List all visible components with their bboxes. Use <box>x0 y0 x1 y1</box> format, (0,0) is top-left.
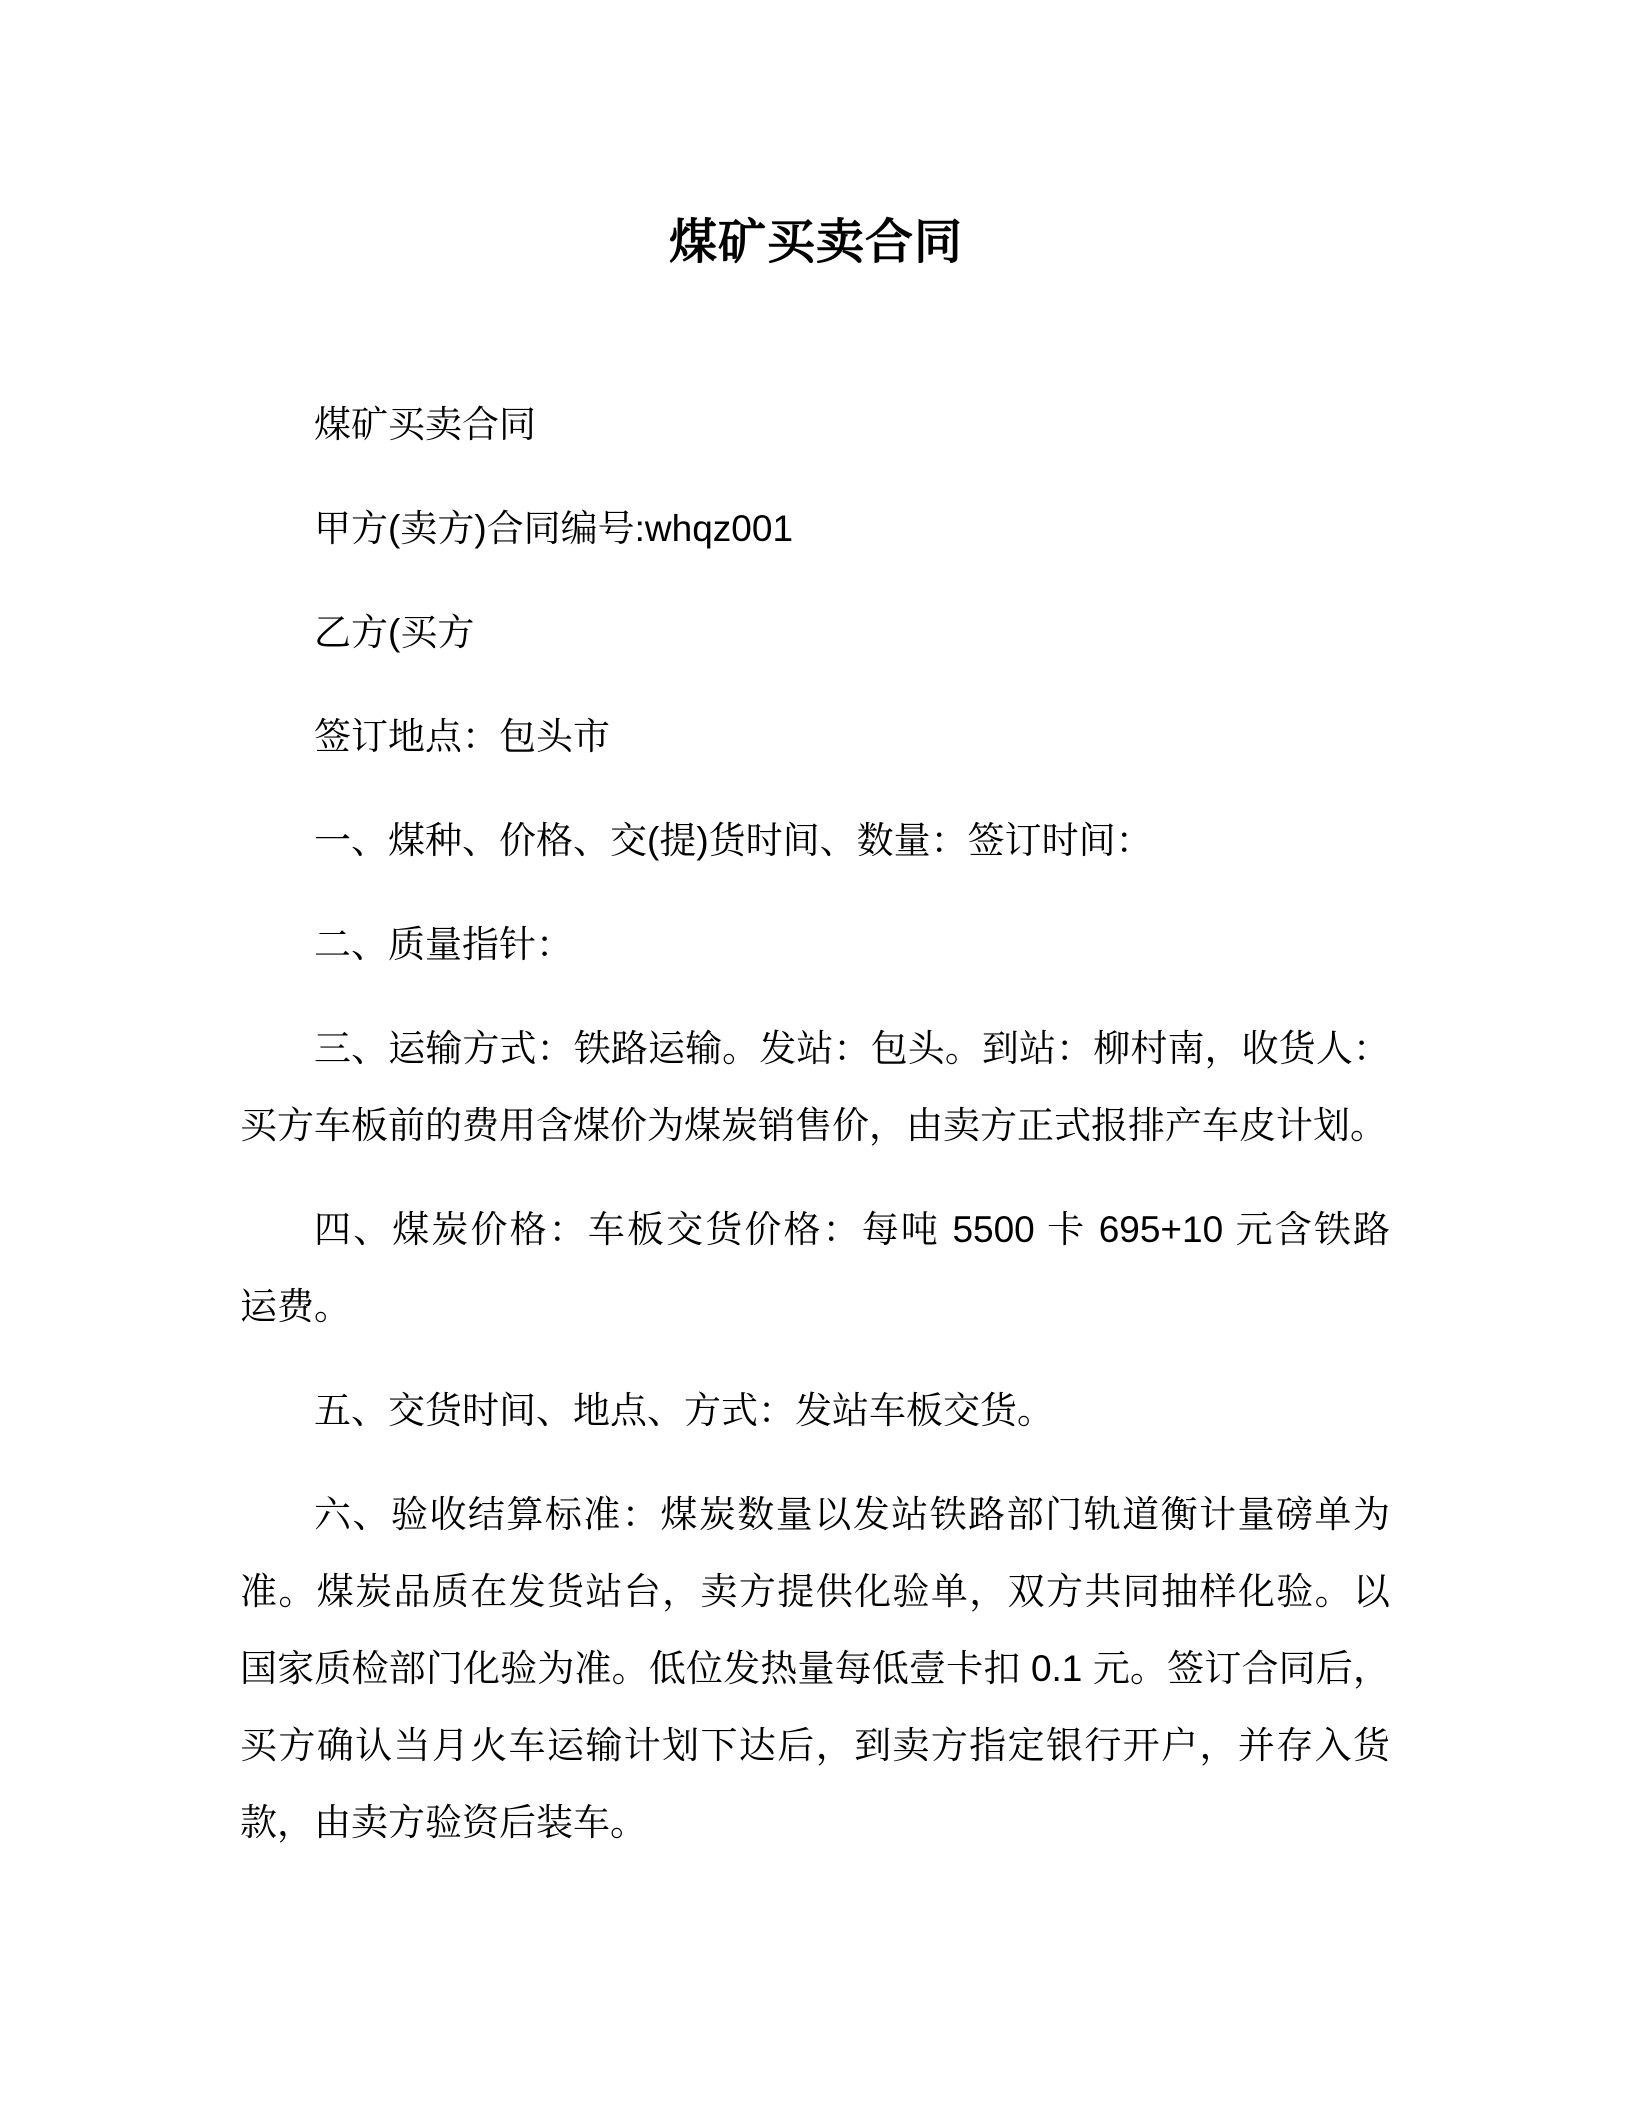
document-body: 煤矿买卖合同甲方(卖方)合同编号:whqz001乙方(买方签订地点：包头市一、煤… <box>240 386 1390 1888</box>
paragraph-line: 三、运输方式：铁路运输。发站：包头。到站：柳村南，收货人： <box>240 1010 1390 1087</box>
paragraph: 五、交货时间、地点、方式：发站车板交货。 <box>240 1372 1390 1449</box>
paragraph: 六、验收结算标准：煤炭数量以发站铁路部门轨道衡计量磅单为准。煤炭品质在发货站台，… <box>240 1476 1390 1861</box>
paragraph-line: 签订地点：包头市 <box>240 698 1390 775</box>
paragraph: 二、质量指针： <box>240 906 1390 983</box>
paragraph-line: 甲方(卖方)合同编号:whqz001 <box>240 490 1390 567</box>
paragraph: 煤矿买卖合同 <box>240 386 1390 463</box>
paragraph: 乙方(买方 <box>240 594 1390 671</box>
paragraph: 四、煤炭价格：车板交货价格：每吨 5500 卡 695+10 元含铁路运费。 <box>240 1191 1390 1345</box>
paragraph-line: 准。煤炭品质在发货站台，卖方提供化验单，双方共同抽样化验。以 <box>240 1553 1390 1630</box>
paragraph-line: 买方确认当月火车运输计划下达后，到卖方指定银行开户，并存入货 <box>240 1707 1390 1784</box>
paragraph-line: 四、煤炭价格：车板交货价格：每吨 5500 卡 695+10 元含铁路 <box>240 1191 1390 1268</box>
document-page: 煤矿买卖合同 煤矿买卖合同甲方(卖方)合同编号:whqz001乙方(买方签订地点… <box>0 0 1632 2112</box>
paragraph-line: 国家质检部门化验为准。低位发热量每低壹卡扣 0.1 元。签订合同后， <box>240 1630 1390 1707</box>
paragraph-line: 乙方(买方 <box>240 594 1390 671</box>
paragraph: 一、煤种、价格、交(提)货时间、数量：签订时间： <box>240 802 1390 879</box>
paragraph-line: 五、交货时间、地点、方式：发站车板交货。 <box>240 1372 1390 1449</box>
paragraph-line: 运费。 <box>240 1268 1390 1345</box>
paragraph: 甲方(卖方)合同编号:whqz001 <box>240 490 1390 567</box>
paragraph-line: 一、煤种、价格、交(提)货时间、数量：签订时间： <box>240 802 1390 879</box>
document-title: 煤矿买卖合同 <box>0 0 1632 274</box>
paragraph: 签订地点：包头市 <box>240 698 1390 775</box>
paragraph-line: 煤矿买卖合同 <box>240 386 1390 463</box>
paragraph: 三、运输方式：铁路运输。发站：包头。到站：柳村南，收货人：买方车板前的费用含煤价… <box>240 1010 1390 1164</box>
paragraph-line: 二、质量指针： <box>240 906 1390 983</box>
paragraph-line: 六、验收结算标准：煤炭数量以发站铁路部门轨道衡计量磅单为 <box>240 1476 1390 1553</box>
paragraph-line: 买方车板前的费用含煤价为煤炭销售价，由卖方正式报排产车皮计划。 <box>240 1087 1390 1164</box>
paragraph-line: 款，由卖方验资后装车。 <box>240 1784 1390 1861</box>
